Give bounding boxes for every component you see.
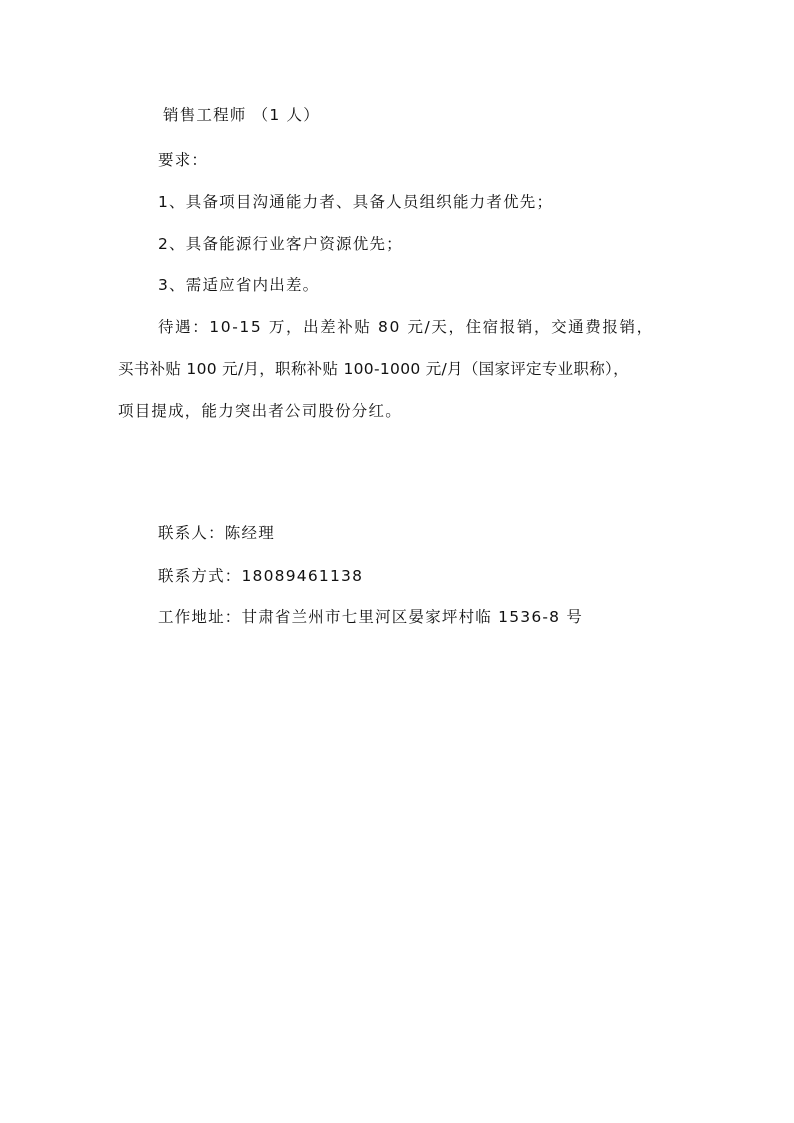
contact-person: 联系人：陈经理 — [158, 523, 275, 543]
requirement-item-3: 3、需适应省内出差。 — [158, 275, 319, 295]
requirement-item-1: 1、具备项目沟通能力者、具备人员组织能力者优先； — [158, 192, 553, 212]
contact-phone: 联系方式：18089461138 — [158, 566, 363, 586]
requirement-item-2: 2、具备能源行业客户资源优先； — [158, 234, 403, 254]
requirements-label: 要求： — [158, 150, 208, 170]
benefits-line-2: 买书补贴 100 元/月，职称补贴 100-1000 元/月（国家评定专业职称）… — [118, 359, 629, 379]
benefits-line-1: 待遇：10-15 万，出差补贴 80 元/天，住宿报销，交通费报销， — [158, 317, 654, 337]
job-title: 销售工程师 （1 人） — [163, 105, 320, 125]
work-address: 工作地址：甘肃省兰州市七里河区晏家坪村临 1536-8 号 — [158, 607, 583, 627]
benefits-line-3: 项目提成，能力突出者公司股份分红。 — [118, 401, 402, 421]
